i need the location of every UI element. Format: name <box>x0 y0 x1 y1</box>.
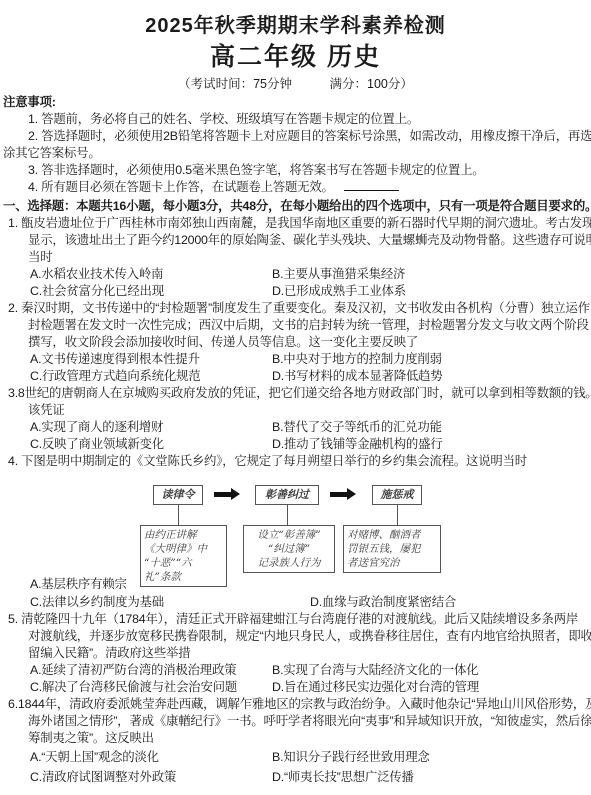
q3-options-row2: C.反映了商业领域新变化D.推动了钱铺等金融机构的盛行 <box>0 436 591 453</box>
q4-stem-line1: 4. 下图是明中期制定的《文堂陈氏乡约》，它规定了每月朔望日举行的乡约集会流程。… <box>0 453 591 470</box>
flow-step-3: 施惩戒 <box>372 485 422 505</box>
notice-item-3: 3. 答非选择题时，必须使用0.5毫米黑色签字笔，将答案书写在答题卡规定的位置上… <box>0 162 591 179</box>
exam-title: 2025年秋季期期末学科素养检测 <box>0 12 591 40</box>
flow-detail-2-line2: “纠过簿” <box>247 542 331 556</box>
q6-stem-line3: 筹制夷之策”。这反映出 <box>0 730 591 747</box>
q1-option-c: C.社会贫富分化已经出现 <box>30 283 272 300</box>
flow-detail-2-line1: 设立“彰善簿” <box>247 528 331 542</box>
flow-detail-2-line3: 记录族人行为 <box>247 556 331 570</box>
q6-options-row1: A.“天朝上国”观念的淡化B.知识分子践行经世致用理念 <box>0 749 591 766</box>
flow-detail-1-line4: 礼”条款 <box>144 570 223 584</box>
question-2: 2. 秦汉时期，文书传递中的“封检题署”制度发生了重要变化。秦及汉初，文书收发由… <box>0 300 591 385</box>
q4-option-a: A.基层秩序有赖宗 <box>30 576 127 593</box>
exam-page: 2025年秋季期期末学科素养检测 高二年级 历史 （考试时间：75分钟 满分：1… <box>0 0 591 795</box>
q3-option-d: D.推动了钱铺等金融机构的盛行 <box>272 437 442 451</box>
q4-option-d: D.血缘与政治制度紧密结合 <box>310 595 456 609</box>
q5-stem-line3: 留编入民籍”。清政府这些举措 <box>0 645 591 662</box>
q4-options-row2: C.法律以乡约制度为基础D.血缘与政治制度紧密结合 <box>0 594 591 611</box>
q1-option-b: B.主要从事渔猎采集经济 <box>272 267 405 281</box>
q4-option-c: C.法律以乡约制度为基础 <box>30 594 310 611</box>
q2-stem-line2: 封检题署在发文时一次性完成；西汉中后期，文书的启封转为统一管理，封检题署分发文与… <box>0 317 591 334</box>
notice-item-2-line1: 2. 答选择题时，必须使用2B铅笔将答题卡上对应题目的答案标号涂黑，如需改动，用… <box>0 128 591 145</box>
q1-stem-line2: 显示，该遗址出土了距今约12000年的原始陶釜、碳化芋头残块、大量螺蛳壳及动物骨… <box>0 232 591 249</box>
q6-option-c: C.清政府试图调整对外政策 <box>30 769 272 786</box>
q5-options-row2: C.解决了台湾移民偷渡与社会治安问题D.旨在通过移民实边强化对台湾的管理 <box>0 679 591 696</box>
exam-time-score: （考试时间：75分钟 满分：100分） <box>0 74 591 94</box>
q6-option-d: D.“师夷长技”思想广泛传播 <box>272 770 414 784</box>
flow-detail-1-line1: 由约正讲解 <box>144 528 223 542</box>
q5-stem-line1: 5. 清乾隆四十九年（1784年），清廷正式开辟福建蚶江与台湾鹿仔港的对渡航线。… <box>0 611 591 628</box>
q5-options-row1: A.延续了清初严防台湾的消极治理政策B.实现了台湾与大陆经济文化的一体化 <box>0 662 591 679</box>
q1-options-row1: A.水稻农业技术传入岭南B.主要从事渔猎采集经济 <box>0 266 591 283</box>
q6-stem-line2: 海外诸国之情形”，著成《康輶纪行》一书。呼吁学者将眼光向“夷事”和异域知识开放，… <box>0 713 591 730</box>
q2-option-a: A.文书传递速度得到根本性提升 <box>30 351 272 368</box>
question-6: 6.1844年，清政府委派姚莹奔赴西藏，调解乍雅地区的宗教与政治纷争。入藏时他杂… <box>0 696 591 786</box>
q3-stem-line1: 3.8世纪的唐朝商人在京城购买政府发放的凭证，把它们递交给各地方财政部门时，就可… <box>0 385 591 402</box>
q1-options-row2: C.社会贫富分化已经出现D.已形成成熟手工业体系 <box>0 283 591 300</box>
flow-step-1: 读律令 <box>153 485 203 505</box>
flow-detail-3-line1: 对赌博、酗酒者 <box>347 528 437 542</box>
q1-option-d: D.已形成成熟手工业体系 <box>272 284 406 298</box>
q5-option-b: B.实现了台湾与大陆经济文化的一体化 <box>272 663 478 677</box>
q2-stem-line1: 2. 秦汉时期，文书传递中的“封检题署”制度发生了重要变化。秦及汉初，文书收发由… <box>0 300 591 317</box>
question-5: 5. 清乾隆四十九年（1784年），清廷正式开辟福建蚶江与台湾鹿仔港的对渡航线。… <box>0 611 591 696</box>
q2-option-d: D.书写材料的成本显著降低趋势 <box>272 369 442 383</box>
flow-detail-1-line3: “十恶”“六 <box>144 556 223 570</box>
notice-block: 注意事项: 1. 答题前，务必将自己的姓名、学校、班级填写在答题卡规定的位置上。… <box>0 94 591 196</box>
q2-stem-line3: 撰写，收文阶段会添加接收时间、传递人员等信息。这一变化主要反映了 <box>0 334 591 351</box>
notice-item-4-text: 4. 所有题目必须在答题卡上作答，在试题卷上答题无效。 <box>28 180 334 194</box>
exam-header: 2025年秋季期期末学科素养检测 高二年级 历史 （考试时间：75分钟 满分：1… <box>0 0 591 94</box>
section-title: 一、选择题：本题共16小题，每小题3分，共48分，在每小题给出的四个选项中，只有… <box>0 198 591 215</box>
question-1: 1. 甑皮岩遗址位于广西桂林市南郊独山西南麓，是我国华南地区重要的新石器时代早期… <box>0 215 591 300</box>
flow-detail-1-line2: 《大明律》中 <box>144 542 223 556</box>
q3-option-b: B.替代了交子等纸币的汇兑功能 <box>272 420 442 434</box>
q3-stem-line2: 该凭证 <box>0 402 591 419</box>
connector-line <box>178 505 179 525</box>
flow-detail-3-line2: 罚银五钱，屡犯 <box>347 542 437 556</box>
xiangyue-flowchart: 读律令 彰善纠过 施惩戒 由约正讲解 《大明律》中 “十恶”“六 礼”条款 设立… <box>0 470 591 594</box>
q1-stem-line3: 当时 <box>0 249 591 266</box>
q5-stem-line2: 对渡航线，并逐步放宽移民携眷限制，规定“内地只身民人，或携眷移往居住，查有内地官… <box>0 628 591 645</box>
notice-heading: 注意事项: <box>0 94 591 111</box>
arrow-right-icon <box>330 492 347 497</box>
flow-detail-3-line3: 者送官究治 <box>347 556 437 570</box>
q1-stem-line1: 1. 甑皮岩遗址位于广西桂林市南郊独山西南麓，是我国华南地区重要的新石器时代早期… <box>0 215 591 232</box>
q5-option-d: D.旨在通过移民实边强化对台湾的管理 <box>272 680 479 694</box>
q6-options-row2: C.清政府试图调整对外政策D.“师夷长技”思想广泛传播 <box>0 769 591 786</box>
flow-detail-3: 对赌博、酗酒者 罚银五钱，屡犯 者送官究治 <box>343 525 441 573</box>
connector-line <box>397 505 398 525</box>
q3-option-c: C.反映了商业领域新变化 <box>30 436 272 453</box>
exam-grade-subject: 高二年级 历史 <box>0 40 591 74</box>
flow-detail-2: 设立“彰善簿” “纠过簿” 记录族人行为 <box>243 525 335 573</box>
notice-item-1: 1. 答题前，务必将自己的姓名、学校、班级填写在答题卡规定的位置上。 <box>0 111 591 128</box>
flow-detail-1: 由约正讲解 《大明律》中 “十恶”“六 礼”条款 <box>140 525 227 587</box>
blank-underline <box>344 179 399 191</box>
q2-option-b: B.中央对于地方的控制力度削弱 <box>272 352 442 366</box>
question-4: 4. 下图是明中期制定的《文堂陈氏乡约》，它规定了每月朔望日举行的乡约集会流程。… <box>0 453 591 611</box>
q3-option-a: A.实现了商人的逐利增财 <box>30 419 272 436</box>
notice-item-2-line2: 涂其它答案标号。 <box>0 145 591 162</box>
arrow-right-icon <box>214 492 231 497</box>
q6-stem-line1: 6.1844年，清政府委派姚莹奔赴西藏，调解乍雅地区的宗教与政治纷争。入藏时他杂… <box>0 696 591 713</box>
q6-option-a: A.“天朝上国”观念的淡化 <box>30 749 272 766</box>
q6-option-b: B.知识分子践行经世致用理念 <box>272 750 430 764</box>
notice-item-4: 4. 所有题目必须在答题卡上作答，在试题卷上答题无效。 <box>0 179 591 196</box>
question-3: 3.8世纪的唐朝商人在京城购买政府发放的凭证，把它们递交给各地方财政部门时，就可… <box>0 385 591 453</box>
q5-option-a: A.延续了清初严防台湾的消极治理政策 <box>30 662 272 679</box>
q2-options-row2: C.行政管理方式趋向系统化规范D.书写材料的成本显著降低趋势 <box>0 368 591 385</box>
q2-option-c: C.行政管理方式趋向系统化规范 <box>30 368 272 385</box>
q3-options-row1: A.实现了商人的逐利增财B.替代了交子等纸币的汇兑功能 <box>0 419 591 436</box>
flow-step-2: 彰善纠过 <box>255 485 319 505</box>
connector-line <box>287 505 288 525</box>
q5-option-c: C.解决了台湾移民偷渡与社会治安问题 <box>30 679 272 696</box>
q2-options-row1: A.文书传递速度得到根本性提升B.中央对于地方的控制力度削弱 <box>0 351 591 368</box>
q1-option-a: A.水稻农业技术传入岭南 <box>30 266 272 283</box>
